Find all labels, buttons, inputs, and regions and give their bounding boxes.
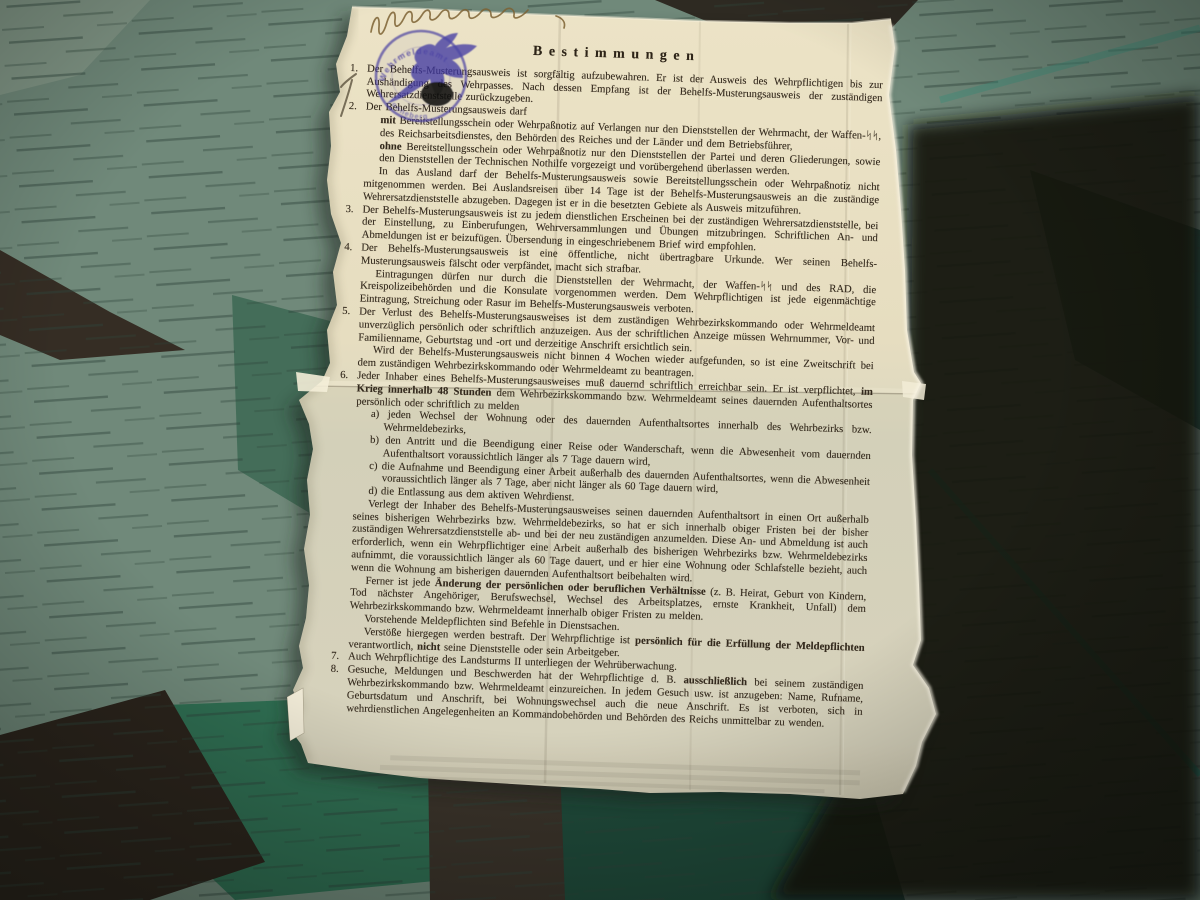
- photo-of-document: Bestimmungen 1.Der Behelfs-Musterungsaus…: [0, 0, 1200, 900]
- regulation-item: 6.Jeder Inhaber eines Behelfs-Musterungs…: [348, 369, 873, 667]
- sub-item-label: a): [371, 408, 388, 421]
- sub-item-label: b): [370, 434, 386, 446]
- item-number: 6.: [340, 369, 348, 382]
- item-number: 5.: [342, 305, 350, 318]
- sub-item-label: d): [368, 485, 381, 497]
- item-number: 2.: [349, 100, 357, 113]
- document-body: Bestimmungen 1.Der Behelfs-Musterungsaus…: [328, 40, 883, 731]
- item-number: 3.: [345, 203, 353, 216]
- item-number: 7.: [331, 650, 339, 663]
- document-items: 1.Der Behelfs-Musterungsausweis ist sorg…: [346, 62, 883, 731]
- item-number: 1.: [350, 62, 358, 75]
- sub-item-label: c): [369, 459, 382, 471]
- item-number: 4.: [344, 241, 352, 254]
- item-number: 8.: [330, 663, 338, 676]
- regulation-item: 2.Der Behelfs-Musterungsausweis darfmit …: [363, 101, 882, 220]
